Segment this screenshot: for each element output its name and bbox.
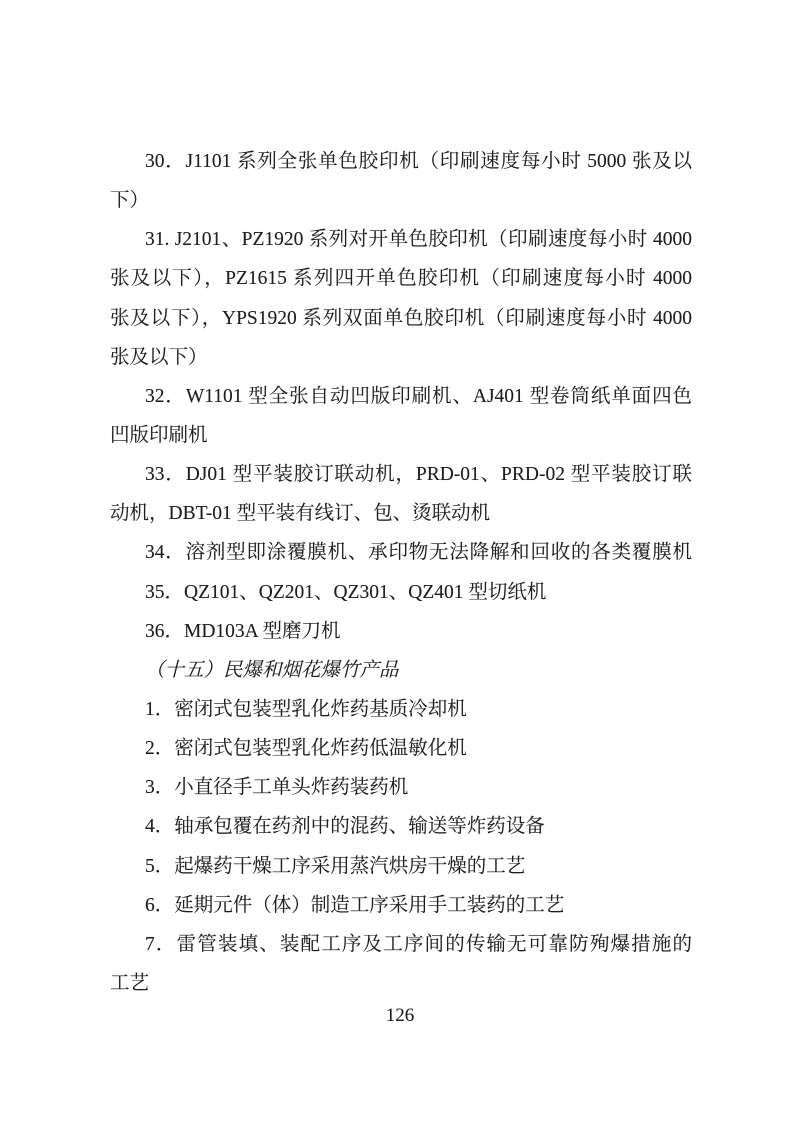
text-line: 张及以下） [110, 338, 692, 377]
text-line: 动机，DBT-01 型平装有线订、包、烫联动机 [110, 494, 692, 533]
item-4: 4．轴承包覆在药剂中的混药、输送等炸药设备 [110, 807, 692, 846]
text-line: 下） [110, 181, 692, 220]
text-line: 2．密闭式包装型乳化炸药低温敏化机 [110, 729, 692, 768]
page-number: 126 [0, 1003, 800, 1029]
item-36: 36．MD103A 型磨刀机 [110, 612, 692, 651]
item-6: 6．延期元件（体）制造工序采用手工装药的工艺 [110, 886, 692, 925]
item-32: 32．W1101 型全张自动凹版印刷机、AJ401 型卷筒纸单面四色凹版印刷机 [110, 377, 692, 455]
text-line: 31. J2101、PZ1920 系列对开单色胶印机（印刷速度每小时 4000 [110, 220, 692, 259]
text-line: 34．溶剂型即涂覆膜机、承印物无法降解和回收的各类覆膜机 [110, 533, 692, 572]
item-31: 31. J2101、PZ1920 系列对开单色胶印机（印刷速度每小时 4000张… [110, 220, 692, 377]
document-body: 30．J1101 系列全张单色胶印机（印刷速度每小时 5000 张及以下）31.… [110, 142, 692, 1003]
document-page: 30．J1101 系列全张单色胶印机（印刷速度每小时 5000 张及以下）31.… [0, 0, 800, 1131]
text-line: 工艺 [110, 964, 692, 1003]
item-5: 5．起爆药干燥工序采用蒸汽烘房干燥的工艺 [110, 847, 692, 886]
text-line: 32．W1101 型全张自动凹版印刷机、AJ401 型卷筒纸单面四色 [110, 377, 692, 416]
item-3: 3．小直径手工单头炸药装药机 [110, 768, 692, 807]
text-line: 33．DJ01 型平装胶订联动机，PRD-01、PRD-02 型平装胶订联 [110, 455, 692, 494]
item-7: 7．雷管装填、装配工序及工序间的传输无可靠防殉爆措施的工艺 [110, 925, 692, 1003]
text-line: 36．MD103A 型磨刀机 [110, 612, 692, 651]
section-15-header: （十五）民爆和烟花爆竹产品 [110, 651, 692, 690]
text-line: 张及以下），YPS1920 系列双面单色胶印机（印刷速度每小时 4000 [110, 299, 692, 338]
item-1: 1．密闭式包装型乳化炸药基质冷却机 [110, 690, 692, 729]
item-34: 34．溶剂型即涂覆膜机、承印物无法降解和回收的各类覆膜机 [110, 533, 692, 572]
text-line: 4．轴承包覆在药剂中的混药、输送等炸药设备 [110, 807, 692, 846]
item-2: 2．密闭式包装型乳化炸药低温敏化机 [110, 729, 692, 768]
text-line: 30．J1101 系列全张单色胶印机（印刷速度每小时 5000 张及以 [110, 142, 692, 181]
text-line: 5．起爆药干燥工序采用蒸汽烘房干燥的工艺 [110, 847, 692, 886]
text-line: （十五）民爆和烟花爆竹产品 [110, 651, 692, 690]
item-30: 30．J1101 系列全张单色胶印机（印刷速度每小时 5000 张及以下） [110, 142, 692, 220]
text-line: 张及以下），PZ1615 系列四开单色胶印机（印刷速度每小时 4000 [110, 259, 692, 298]
item-33: 33．DJ01 型平装胶订联动机，PRD-01、PRD-02 型平装胶订联动机，… [110, 455, 692, 533]
text-line: 凹版印刷机 [110, 416, 692, 455]
item-35: 35．QZ101、QZ201、QZ301、QZ401 型切纸机 [110, 573, 692, 612]
text-line: 1．密闭式包装型乳化炸药基质冷却机 [110, 690, 692, 729]
text-line: 6．延期元件（体）制造工序采用手工装药的工艺 [110, 886, 692, 925]
text-line: 35．QZ101、QZ201、QZ301、QZ401 型切纸机 [110, 573, 692, 612]
text-line: 7．雷管装填、装配工序及工序间的传输无可靠防殉爆措施的 [110, 925, 692, 964]
text-line: 3．小直径手工单头炸药装药机 [110, 768, 692, 807]
